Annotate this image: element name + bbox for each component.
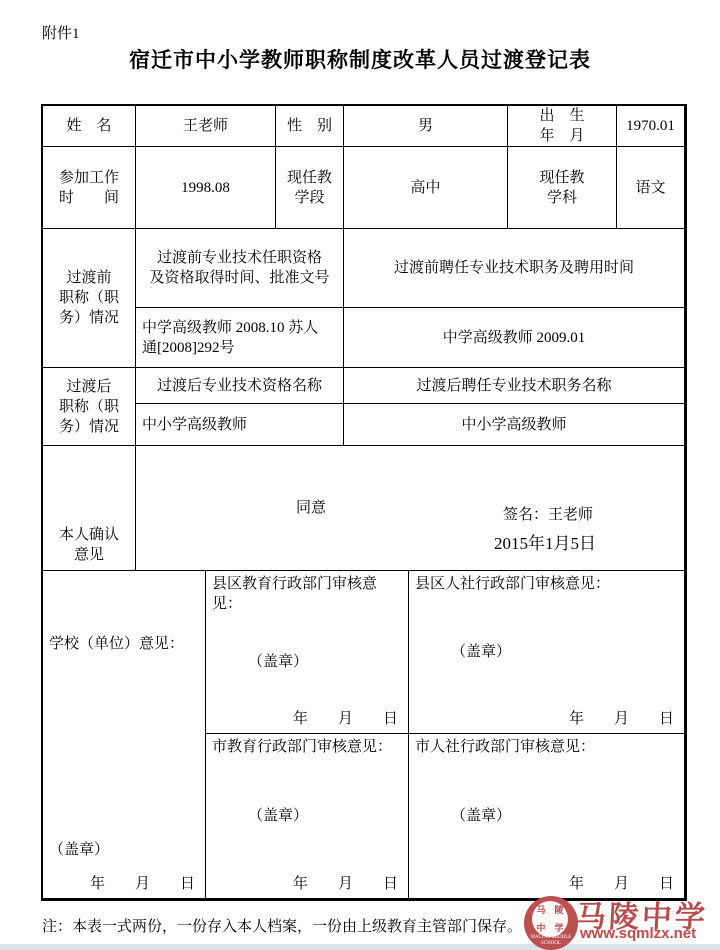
personal-confirmation-label-line: 本人确认 (59, 525, 119, 545)
name-label-cell: 姓 名 (42, 105, 136, 147)
registration-table: 姓 名 王老师 性 别 男 出 生 年 月 1970.01 参加工作 时 间 1… (42, 105, 684, 898)
post-employment-value-cell: 中小学高级教师 (343, 403, 685, 446)
teaching-subject-label-line: 现任教 (539, 168, 584, 188)
pre-qualification-value-line: 中学高级教师 2008.10 苏人 (142, 318, 318, 338)
gender-value-cell: 男 (343, 105, 508, 147)
gender-label-cell: 性 别 (275, 105, 344, 147)
city-education-opinion-cell: 市教育行政部门审核意见： （盖章） 年 月 日 (205, 733, 409, 899)
work-start-value-cell: 1998.08 (135, 146, 276, 229)
city-education-title: 市教育行政部门审核意见： (212, 737, 404, 757)
county-education-date-line: 年 月 日 (212, 709, 404, 729)
county-education-seal-placeholder: （盖章） (212, 652, 404, 672)
post-qualification-value-cell: 中小学高级教师 (135, 403, 344, 446)
school-seal-placeholder: （盖章） (49, 840, 201, 860)
school-date-line: 年 月 日 (49, 874, 201, 894)
confirmation-signature: 签名：王老师 (503, 505, 593, 525)
county-hr-date-line: 年 月 日 (415, 709, 680, 729)
post-transition-section-label: 过渡后 职称（职 务）情况 (42, 367, 136, 446)
pre-transition-section-label: 过渡前 职称（职 务）情况 (42, 228, 136, 368)
pre-employment-header-cell: 过渡前聘任专业技术职务及聘用时间 (343, 228, 685, 308)
registration-form-page: 附件1 宿迁市中小学教师职称制度改革人员过渡登记表 姓 名 王老师 性 别 男 … (0, 0, 720, 950)
personal-confirmation-content-cell: 同意 签名：王老师 2015年1月5日 (135, 445, 685, 571)
seal-char: 学 (554, 923, 563, 933)
watermark-url: www.sqmlzx.net (580, 925, 696, 942)
city-education-date-line: 年 月 日 (212, 874, 404, 894)
pre-qualification-header-line: 过渡前专业技术任职资格 (157, 248, 322, 268)
post-employment-header-cell: 过渡后聘任专业技术职务名称 (343, 367, 685, 404)
city-hr-opinion-cell: 市人社行政部门审核意见： （盖章） 年 月 日 (408, 733, 685, 899)
pre-employment-value-cell: 中学高级教师 2009.01 (343, 307, 685, 368)
city-hr-seal-placeholder: （盖章） (415, 806, 680, 826)
teaching-subject-value-cell: 语文 (616, 146, 685, 229)
county-hr-opinion-cell: 县区人社行政部门审核意见： （盖章） 年 月 日 (408, 570, 685, 734)
post-qualification-header-cell: 过渡后专业技术资格名称 (135, 367, 344, 404)
teaching-stage-label-cell: 现任教 学段 (275, 146, 344, 229)
post-transition-label-line: 过渡后 (66, 377, 111, 397)
county-hr-title: 县区人社行政部门审核意见： (415, 574, 680, 594)
personal-confirmation-label-cell: 本人确认 意见 (42, 445, 136, 571)
teaching-stage-label-line: 学段 (294, 188, 324, 208)
pre-transition-label-line: 过渡前 (66, 268, 111, 288)
post-transition-label-line: 务）情况 (59, 417, 119, 437)
seal-char: 马 (536, 905, 545, 915)
city-hr-title: 市人社行政部门审核意见： (415, 737, 680, 757)
personal-confirmation-label-line: 意见 (74, 545, 104, 565)
teaching-subject-label-cell: 现任教 学科 (507, 146, 617, 229)
page-title: 宿迁市中小学教师职称制度改革人员过渡登记表 (0, 44, 720, 74)
seal-inner-characters: 马 陵 中 学 (532, 901, 568, 937)
confirmation-opinion: 同意 (296, 498, 326, 518)
pre-transition-label-line: 职称（职 (59, 288, 119, 308)
birth-value-cell: 1970.01 (616, 105, 685, 147)
birth-label-line: 出 生 (539, 106, 584, 126)
work-start-label-line: 时 间 (59, 188, 119, 208)
confirmation-date: 2015年1月5日 (494, 534, 596, 554)
work-start-label-line: 参加工作 (59, 168, 119, 188)
pre-qualification-value-cell: 中学高级教师 2008.10 苏人 通[2008]292号 (135, 307, 344, 368)
post-transition-label-line: 职称（职 (59, 397, 119, 417)
county-education-opinion-cell: 县区教育行政部门审核意见： （盖章） 年 月 日 (205, 570, 409, 734)
county-hr-seal-placeholder: （盖章） (415, 642, 680, 662)
birth-label-cell: 出 生 年 月 (507, 105, 617, 147)
teaching-stage-label-line: 现任教 (287, 168, 332, 188)
work-start-label-cell: 参加工作 时 间 (42, 146, 136, 229)
school-opinion-cell: 学校（单位）意见： （盖章） 年 月 日 (42, 570, 206, 899)
school-opinion-title: 学校（单位）意见： (49, 634, 201, 654)
pre-qualification-header-line: 及资格取得时间、批准文号 (149, 268, 329, 288)
pre-qualification-value-line: 通[2008]292号 (142, 338, 235, 358)
pre-transition-label-line: 务）情况 (59, 308, 119, 328)
attachment-label: 附件1 (42, 22, 80, 43)
city-education-seal-placeholder: （盖章） (212, 806, 404, 826)
county-education-title: 县区教育行政部门审核意见： (212, 574, 404, 614)
birth-label-line: 年 月 (539, 126, 584, 146)
city-hr-date-line: 年 月 日 (415, 874, 680, 894)
seal-char: 中 (536, 923, 545, 933)
bottom-page-edge (0, 944, 720, 950)
seal-arc-text: MALING MIDDLE SCHOOL (524, 935, 578, 947)
teaching-subject-label-line: 学科 (547, 188, 577, 208)
name-value-cell: 王老师 (135, 105, 276, 147)
pre-qualification-header-cell: 过渡前专业技术任职资格 及资格取得时间、批准文号 (135, 228, 344, 308)
school-seal-icon: 马 陵 中 学 MALING MIDDLE SCHOOL (524, 896, 578, 950)
seal-char: 陵 (554, 905, 563, 915)
footer-note: 注：本表一式两份，一份存入本人档案，一份由上级教育主管部门保存。 (42, 915, 522, 936)
teaching-stage-value-cell: 高中 (343, 146, 508, 229)
